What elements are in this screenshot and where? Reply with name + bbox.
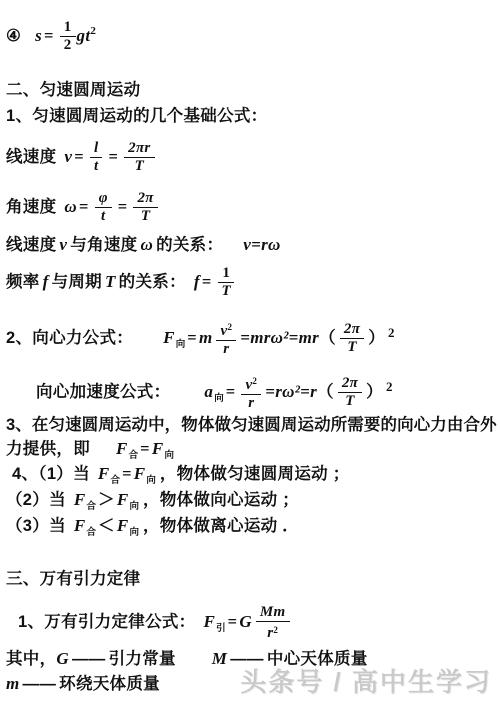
label: 线速度: [6, 148, 56, 166]
var-F: F: [74, 490, 86, 509]
denominator: t: [97, 208, 109, 225]
physics-notes-page: ④s=12gt2 二、匀速圆周运动 1、匀速圆周运动的几个基础公式： 线速度v=…: [0, 0, 500, 697]
numerator: 2π: [340, 321, 364, 339]
fraction-Mm-r2: Mmr2: [256, 604, 290, 642]
equals-sign: =: [202, 272, 212, 291]
text: 频率: [6, 273, 40, 291]
left-paren: （: [317, 383, 334, 401]
var-m: m: [6, 674, 20, 693]
numerator: Mm: [256, 604, 290, 622]
denominator: r2: [263, 622, 282, 642]
text: ，物体做向心运动 ；: [143, 491, 299, 509]
subscript-he: 合: [111, 475, 121, 486]
var-T: T: [105, 272, 116, 291]
text: （3）当: [6, 517, 66, 535]
label: 向心加速度公式：: [36, 383, 170, 401]
equals-sign: =: [79, 197, 89, 216]
subscript-xiang: 向: [146, 475, 156, 486]
equals-sign: =: [187, 328, 197, 347]
fraction-1-T: 1T: [218, 265, 235, 300]
var-f: f: [194, 272, 200, 291]
point-3-line-1: 3、在匀速圆周运动中，物体做匀速圆周运动所需要的向心力由合外: [6, 414, 496, 437]
centripetal-force-formula: 2、向心力公式：F向=mv2r=mrω²=mr（2πT）2: [6, 306, 496, 360]
var-F: F: [117, 490, 129, 509]
denominator: 2: [60, 37, 76, 54]
equals-sign: =: [74, 147, 84, 166]
formula-free-fall: ④s=12gt2: [6, 8, 496, 54]
text: （2）当: [6, 491, 66, 509]
numerator: l: [90, 140, 102, 158]
angular-velocity-formula: 角速度ω=φt=2πT: [6, 182, 496, 232]
subscript-xiang: 向: [176, 339, 186, 350]
var-s: s: [35, 26, 42, 45]
fraction-one-half: 12: [60, 19, 76, 54]
left-paren: （: [319, 329, 336, 347]
equals-sign: =: [226, 382, 236, 401]
denominator: T: [341, 393, 358, 410]
watermark-toutiao: 头条号 / 高中生学习: [240, 662, 492, 699]
point-4-case-2: （2）当F合＞F向，物体做向心运动 ；: [6, 487, 496, 513]
equals-sign: =: [228, 612, 238, 631]
numerator: 2π: [338, 375, 362, 393]
fraction-2pi-T: 2πT: [340, 321, 364, 356]
var-F: F: [74, 516, 86, 535]
linear-velocity-formula: 线速度v=lt=2πrT: [6, 132, 496, 182]
text: 线速度: [6, 236, 56, 254]
subscript-he: 合: [129, 450, 139, 461]
mid-terms: =rω²=r: [265, 382, 317, 401]
var-F: F: [152, 439, 164, 458]
fraction-phi-t: φt: [95, 190, 112, 225]
right-paren: ）: [368, 329, 385, 347]
denominator: r: [244, 395, 258, 412]
less-than-sign: ＜: [98, 516, 115, 535]
superscript-2: 2: [252, 376, 257, 386]
circled-4-marker: ④: [6, 27, 21, 45]
equals-sign: =: [140, 439, 150, 458]
var-a: a: [204, 382, 213, 401]
var-f: f: [43, 272, 49, 291]
denominator: T: [131, 158, 148, 175]
heading-text: 二、匀速圆周运动: [6, 81, 140, 99]
numerator: 1: [218, 265, 234, 283]
denominator: t: [90, 158, 102, 175]
label: 1、万有引力定律公式：: [18, 613, 195, 631]
fraction-2pi-T: 2πT: [133, 190, 157, 225]
point-3-line-2: 力提供，即F合=F向: [6, 437, 496, 461]
numerator: v2: [216, 319, 236, 341]
label: 2、向心力公式：: [6, 329, 133, 347]
fraction-2pir-T: 2πrT: [124, 140, 154, 175]
equals-sign: =: [108, 147, 118, 166]
subscript-yin: 引: [216, 623, 226, 634]
text: 引力常量: [109, 650, 176, 668]
point-4-case-3: （3）当F合＜F向，物体做离心运动 ．: [6, 513, 496, 539]
text: 力提供，即: [6, 440, 90, 458]
equals-sign: =: [118, 197, 128, 216]
numerator: 2π: [133, 190, 157, 208]
text: 的关系：: [119, 273, 186, 291]
section-2-heading: 二、匀速圆周运动: [6, 78, 496, 102]
point-4-case-1: 4、（1）当F合=F向，物体做匀速圆周运动 ；: [6, 461, 496, 487]
text: 环绕天体质量: [59, 675, 160, 693]
numerator: 1: [60, 19, 76, 37]
fraction-v2-r: v2r: [241, 373, 261, 412]
subscript-he: 合: [87, 501, 97, 512]
section-3-heading: 三、万有引力定律: [6, 567, 496, 591]
subscript-he: 合: [87, 527, 97, 538]
denominator: T: [137, 208, 154, 225]
superscript-2: 2: [227, 322, 232, 332]
fraction-l-t: lt: [90, 140, 102, 175]
text: ，物体做离心运动 ．: [143, 517, 299, 535]
dash: ——: [72, 650, 106, 668]
subscript-xiang: 向: [214, 393, 224, 404]
denominator: r: [219, 341, 233, 358]
basics-heading: 1、匀速圆周运动的几个基础公式：: [6, 104, 496, 128]
superscript-2: 2: [90, 25, 96, 37]
superscript-2: 2: [273, 625, 278, 635]
equals-sign: =: [122, 464, 132, 483]
text: 与周期: [52, 273, 102, 291]
subscript-xiang: 向: [165, 450, 175, 461]
var-M: M: [212, 649, 227, 668]
var-F: F: [116, 439, 128, 458]
text: 4、（1）当: [12, 465, 90, 483]
var-omega: ω: [64, 197, 77, 216]
label: 角速度: [6, 198, 56, 216]
relation-v-omega: 线速度v与角速度ω的关系：v=rω: [6, 232, 496, 258]
var-G: G: [239, 612, 252, 631]
var-omega: ω: [140, 235, 153, 254]
equals-sign: =: [44, 26, 54, 45]
text: 的关系：: [156, 236, 223, 254]
formula-v-equals-r-omega: v=rω: [243, 235, 280, 254]
numerator: v2: [241, 373, 261, 395]
relation-f-T: 频率f与周期T的关系：f=1T: [6, 258, 496, 306]
var-gt: gt: [77, 26, 91, 45]
var-G: G: [56, 649, 69, 668]
denominator: T: [218, 283, 235, 300]
var-v: v: [64, 147, 72, 166]
text: 与角速度: [70, 236, 137, 254]
var-F: F: [117, 516, 129, 535]
var-F: F: [134, 464, 146, 483]
var-v: v: [59, 235, 67, 254]
centripetal-accel-formula: 向心加速度公式：a向=v2r=rω²=r（2πT）2: [6, 360, 496, 414]
gravitation-formula: 1、万有引力定律公式：F引=GMmr2: [6, 597, 496, 647]
text: ，物体做匀速圆周运动 ；: [160, 465, 350, 483]
superscript-2: 2: [388, 325, 395, 340]
var-F: F: [163, 328, 175, 347]
var-m: m: [199, 328, 213, 347]
subscript-xiang: 向: [130, 501, 140, 512]
numerator: 2πr: [124, 140, 154, 158]
denominator: T: [343, 339, 360, 356]
mid-terms: =mrω²=mr: [240, 328, 319, 347]
var-F: F: [203, 612, 215, 631]
heading-text: 1、匀速圆周运动的几个基础公式：: [6, 107, 267, 125]
right-paren: ）: [366, 383, 383, 401]
text: 其中，: [6, 650, 56, 668]
numerator: φ: [95, 190, 112, 208]
fraction-2pi-T: 2πT: [338, 375, 362, 410]
subscript-xiang: 向: [130, 527, 140, 538]
var-F: F: [98, 464, 110, 483]
heading-text: 三、万有引力定律: [6, 570, 140, 588]
fraction-v2-r: v2r: [216, 319, 236, 358]
text: 3、在匀速圆周运动中，物体做匀速圆周运动所需要的向心力由合外: [6, 416, 497, 434]
superscript-2: 2: [386, 379, 393, 394]
dash: ——: [23, 675, 57, 693]
greater-than-sign: ＞: [98, 490, 115, 509]
